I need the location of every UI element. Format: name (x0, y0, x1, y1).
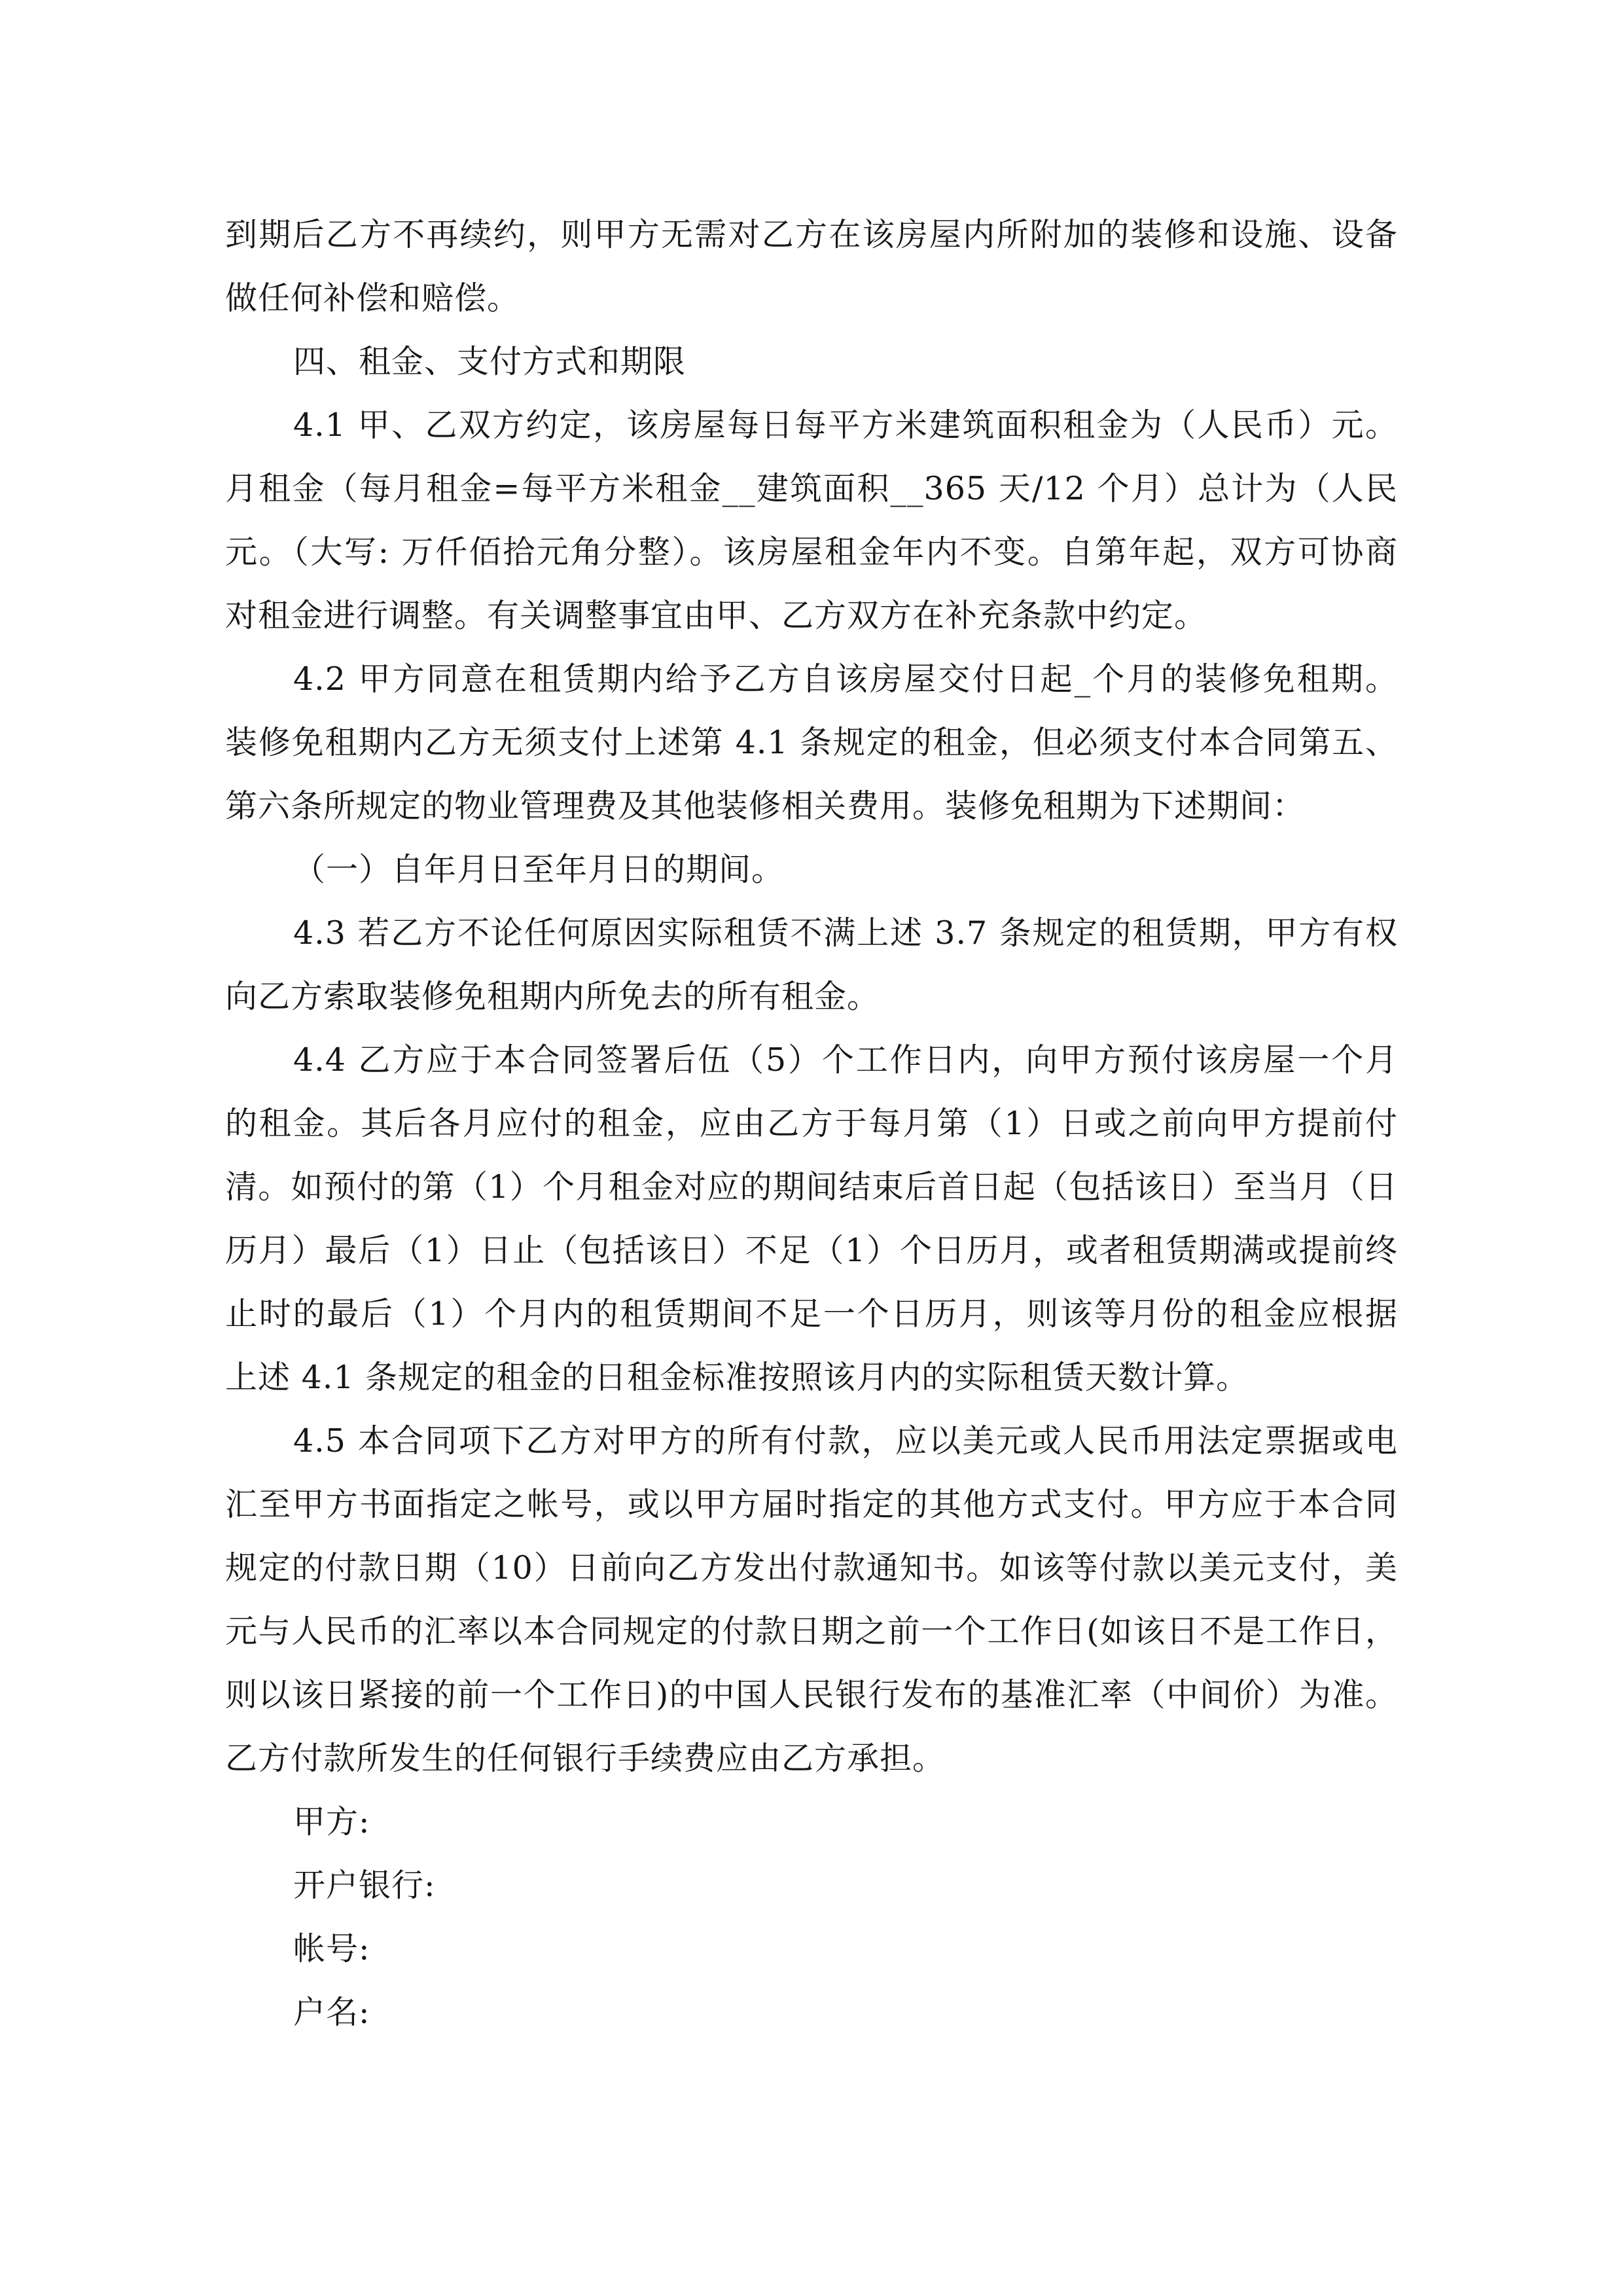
clause-4-3-line: 4.3 若乙方不论任何原因实际租赁不满上述 3.7 条规定的租赁期，甲方有权 (225, 901, 1398, 965)
contract-text-line: 第六条所规定的物业管理费及其他装修相关费用。装修免租期为下述期间： (225, 774, 1398, 838)
contract-text-line: 的租金。其后各月应付的租金，应由乙方于每月第（1）日或之前向甲方提前付 (225, 1092, 1398, 1155)
contract-text-block: 到期后乙方不再续约，则甲方无需对乙方在该房屋内所附加的装修和设施、设备 做任何补… (225, 203, 1398, 2044)
contract-text-line: 则以该日紧接的前一个工作日)的中国人民银行发布的基准汇率（中间价）为准。 (225, 1663, 1398, 1727)
clause-4-4-line: 4.4 乙方应于本合同签署后伍（5）个工作日内，向甲方预付该房屋一个月 (225, 1028, 1398, 1092)
contract-text-line: 历月）最后（1）日止（包括该日）不足（1）个日历月，或者租赁期满或提前终 (225, 1219, 1398, 1282)
clause-4-5-line: 4.5 本合同项下乙方对甲方的所有付款，应以美元或人民币用法定票据或电 (225, 1409, 1398, 1473)
contract-text-line: 清。如预付的第（1）个月租金对应的期间结束后首日起（包括该日）至当月（日 (225, 1155, 1398, 1219)
contract-text-line: 到期后乙方不再续约，则甲方无需对乙方在该房屋内所附加的装修和设施、设备 (225, 203, 1398, 266)
bank-field-line: 开户银行: (225, 1854, 1398, 1917)
clause-4-2-line: 4.2 甲方同意在租赁期内给予乙方自该房屋交付日起_个月的装修免租期。 (225, 647, 1398, 711)
contract-text-line: 乙方付款所发生的任何银行手续费应由乙方承担。 (225, 1727, 1398, 1790)
contract-text-line: 止时的最后（1）个月内的租赁期间不足一个日历月，则该等月份的租金应根据 (225, 1282, 1398, 1346)
contract-text-line: 装修免租期内乙方无须支付上述第 4.1 条规定的租金，但必须支付本合同第五、 (225, 711, 1398, 774)
contract-document-page: 到期后乙方不再续约，则甲方无需对乙方在该房屋内所附加的装修和设施、设备 做任何补… (0, 0, 1623, 2296)
list-item-line: （一）自年月日至年月日的期间。 (225, 838, 1398, 901)
section-heading-line: 四、租金、支付方式和期限 (225, 330, 1398, 393)
account-name-field-line: 户名: (225, 1981, 1398, 2044)
contract-text-line: 做任何补偿和赔偿。 (225, 266, 1398, 330)
contract-text-line: 上述 4.1 条规定的租金的日租金标准按照该月内的实际租赁天数计算。 (225, 1346, 1398, 1409)
contract-text-line: 元。（大写: 万仟佰拾元角分整）。该房屋租金年内不变。自第年起，双方可协商 (225, 520, 1398, 584)
party-a-field-line: 甲方: (225, 1790, 1398, 1854)
clause-4-1-line: 4.1 甲、乙双方约定，该房屋每日每平方米建筑面积租金为（人民币）元。 (225, 393, 1398, 457)
contract-text-line: 汇至甲方书面指定之帐号，或以甲方届时指定的其他方式支付。甲方应于本合同 (225, 1473, 1398, 1536)
contract-text-line: 规定的付款日期（10）日前向乙方发出付款通知书。如该等付款以美元支付，美 (225, 1536, 1398, 1600)
contract-text-line: 月租金（每月租金=每平方米租金__建筑面积__365 天/12 个月）总计为（人… (225, 457, 1398, 520)
account-number-field-line: 帐号: (225, 1917, 1398, 1981)
contract-text-line: 向乙方索取装修免租期内所免去的所有租金。 (225, 965, 1398, 1028)
contract-text-line: 元与人民币的汇率以本合同规定的付款日期之前一个工作日(如该日不是工作日， (225, 1600, 1398, 1663)
contract-text-line: 对租金进行调整。有关调整事宜由甲、乙方双方在补充条款中约定。 (225, 584, 1398, 647)
